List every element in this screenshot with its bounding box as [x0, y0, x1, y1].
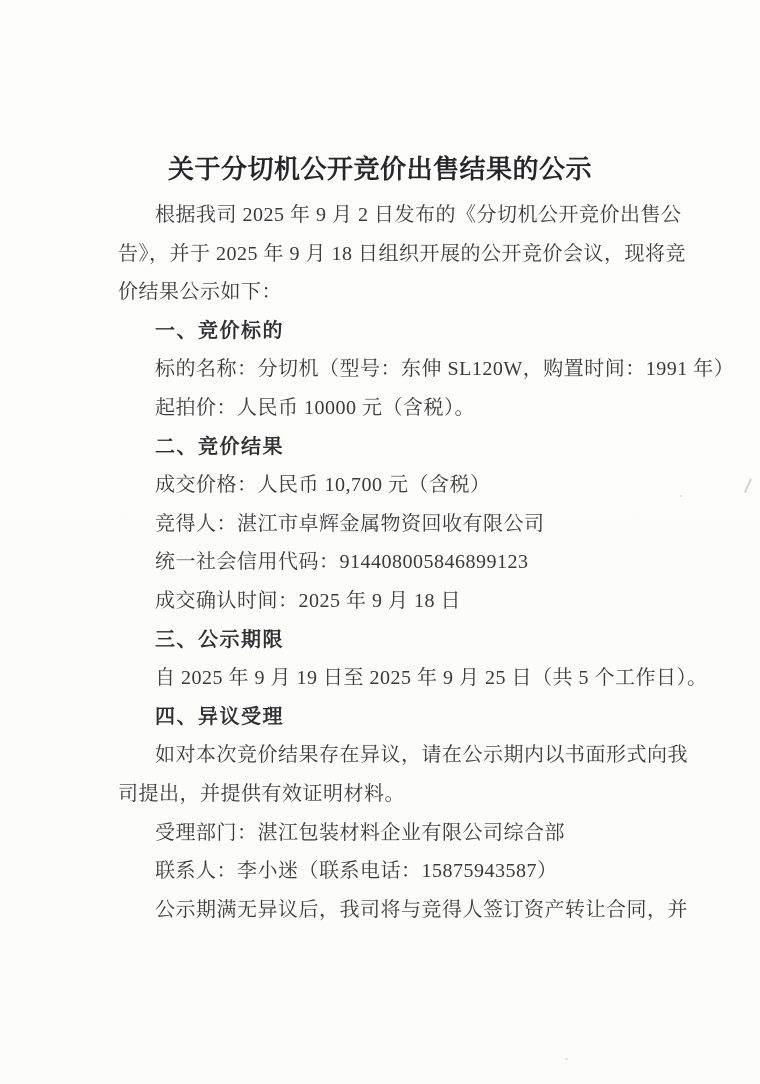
doc-line-winning-bidder: 竞得人：湛江市卓辉金属物资回收有限公司	[118, 505, 715, 544]
doc-line-period-range: 自 2025 年 9 月 19 日至 2025 年 9 月 25 日（共 5 个…	[118, 659, 715, 698]
doc-line-subject-name: 标的名称：分切机（型号：东伸 SL120W，购置时间：1991 年）	[118, 350, 715, 389]
doc-line-closing: 公示期满无异议后，我司将与竞得人签订资产转让合同，并	[118, 891, 715, 930]
scan-speck	[680, 495, 682, 497]
doc-line-objection-1: 如对本次竞价结果存在异议，请在公示期内以书面形式向我	[118, 736, 715, 775]
scanned-document-page: 关于分切机公开竞价出售结果的公示 根据我司 2025 年 9 月 2 日发布的《…	[0, 0, 760, 1084]
section-heading-objection: 四、异议受理	[118, 698, 715, 737]
doc-line-deal-price: 成交价格：人民币 10,700 元（含税）	[118, 466, 715, 505]
doc-line-accepting-dept: 受理部门：湛江包装材料企业有限公司综合部	[118, 814, 715, 853]
scan-speck	[565, 1058, 568, 1060]
scan-artifact	[744, 478, 751, 492]
section-heading-bid-subject: 一、竞价标的	[118, 312, 715, 351]
doc-line-intro-3: 价结果公示如下：	[118, 273, 715, 312]
doc-line-starting-price: 起拍价：人民币 10000 元（含税）。	[118, 389, 715, 428]
doc-line-objection-2: 司提出，并提供有效证明材料。	[118, 775, 715, 814]
doc-line-contact-person: 联系人：李小迷（联系电话：15875943587）	[118, 852, 715, 891]
section-heading-bid-result: 二、竞价结果	[118, 428, 715, 467]
doc-line-intro-2: 告》，并于 2025 年 9 月 18 日组织开展的公开竞价会议，现将竞	[118, 235, 715, 274]
doc-line-credit-code: 统一社会信用代码：914408005846899123	[118, 543, 715, 582]
doc-line-confirm-date: 成交确认时间：2025 年 9 月 18 日	[118, 582, 715, 621]
section-heading-publicity-period: 三、公示期限	[118, 621, 715, 660]
document-title: 关于分切机公开竞价出售结果的公示	[0, 150, 760, 190]
doc-line-intro-1: 根据我司 2025 年 9 月 2 日发布的《分切机公开竞价出售公	[118, 196, 715, 235]
